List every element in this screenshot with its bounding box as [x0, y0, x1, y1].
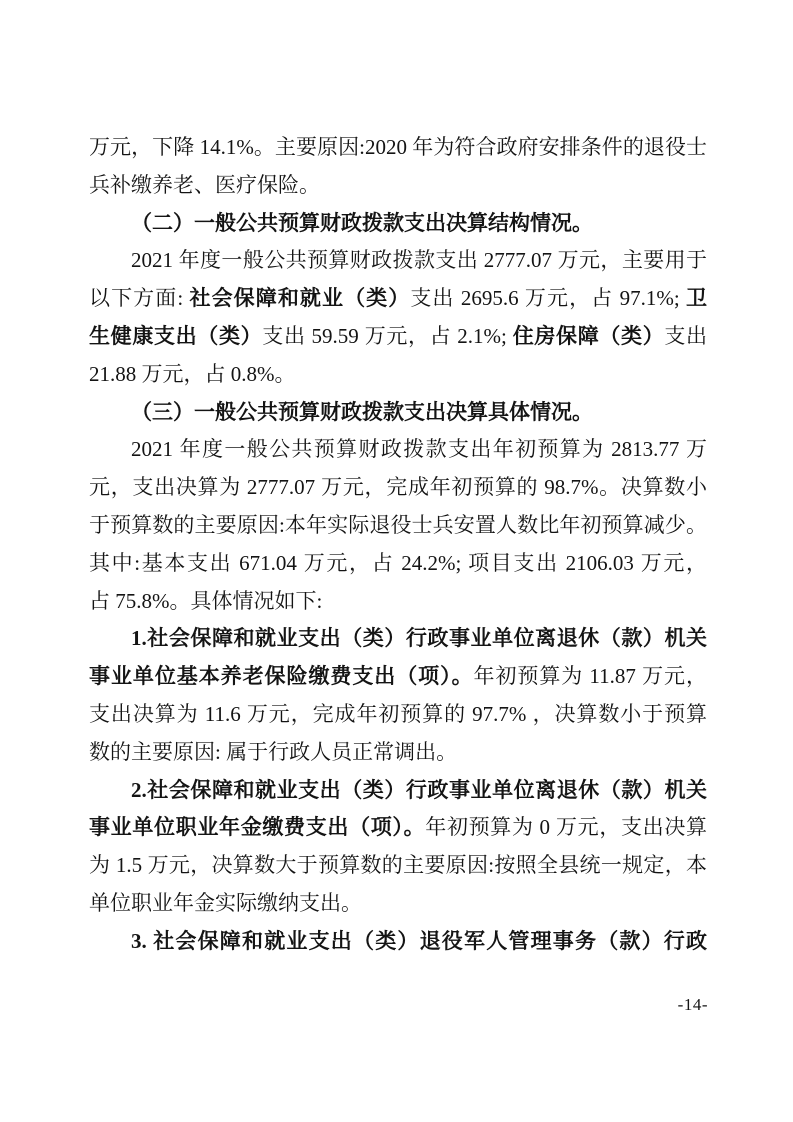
- text-line: 3. 社会保障和就业支出（类）退役军人管理事务（款）行政: [89, 923, 707, 961]
- text-segment: 单位职业年金实际缴纳支出。: [89, 891, 362, 915]
- text-line: 于预算数的主要原因:本年实际退役士兵安置人数比年初预算减少。: [89, 507, 707, 545]
- text-segment: 支出: [664, 324, 707, 348]
- bold-text-segment: 1.社会保障和就业支出（类）行政事业单位离退休（款）机关: [131, 626, 707, 650]
- text-segment: 支出决算为 11.6 万元，完成年初预算的 97.7% ，决算数小于预算: [89, 702, 707, 726]
- text-segment: 兵补缴养老、医疗保险。: [89, 173, 320, 197]
- text-line: 元，支出决算为 2777.07 万元，完成年初预算的 98.7%。决算数小: [89, 469, 707, 507]
- text-line: 支出决算为 11.6 万元，完成年初预算的 97.7% ，决算数小于预算: [89, 696, 707, 734]
- bold-text-segment: 2.社会保障和就业支出（类）行政事业单位离退休（款）机关: [131, 778, 707, 802]
- page-number: -14-: [678, 993, 708, 1017]
- text-line: 2021 年度一般公共预算财政拨款支出 2777.07 万元，主要用于: [89, 242, 707, 280]
- text-segment: 2021 年度一般公共预算财政拨款支出年初预算为 2813.77 万: [131, 437, 707, 461]
- text-line: 生健康支出（类）支出 59.59 万元，占 2.1%; 住房保障（类）支出: [89, 318, 707, 356]
- text-segment: 2021 年度一般公共预算财政拨款支出 2777.07 万元，主要用于: [131, 248, 707, 272]
- text-segment: 支出 59.59 万元，占 2.1%;: [262, 324, 512, 348]
- bold-text-segment: 社会保障和就业（类）: [190, 286, 411, 310]
- text-segment: 其中:基本支出 671.04 万元，占 24.2%; 项目支出 2106.03 …: [89, 551, 707, 575]
- bold-text-segment: （三）一般公共预算财政拨款支出决算具体情况。: [131, 400, 593, 424]
- text-segment: 数的主要原因: 属于行政人员正常调出。: [89, 740, 457, 764]
- bold-text-segment: 3. 社会保障和就业支出（类）退役军人管理事务（款）行政: [131, 929, 707, 953]
- bold-text-segment: 卫: [686, 286, 707, 310]
- text-segment: 占 75.8%。具体情况如下:: [89, 589, 322, 613]
- text-line: 万元，下降 14.1%。主要原因:2020 年为符合政府安排条件的退役士: [89, 129, 707, 167]
- bold-text-segment: 事业单位职业年金缴费支出（项）。: [89, 815, 425, 839]
- text-line: 兵补缴养老、医疗保险。: [89, 167, 707, 205]
- text-line: 占 75.8%。具体情况如下:: [89, 583, 707, 621]
- bold-text-segment: 住房保障（类）: [513, 324, 665, 348]
- text-segment: 元，支出决算为 2777.07 万元，完成年初预算的 98.7%。决算数小: [89, 475, 707, 499]
- text-line: 事业单位基本养老保险缴费支出（项）。年初预算为 11.87 万元，: [89, 658, 707, 696]
- bold-text-segment: 事业单位基本养老保险缴费支出（项）。: [89, 664, 474, 688]
- text-line: 单位职业年金实际缴纳支出。: [89, 885, 707, 923]
- text-line: 其中:基本支出 671.04 万元，占 24.2%; 项目支出 2106.03 …: [89, 545, 707, 583]
- text-segment: 支出 2695.6 万元，占 97.1%;: [410, 286, 686, 310]
- bold-text-segment: 生健康支出（类）: [89, 324, 262, 348]
- text-line: 数的主要原因: 属于行政人员正常调出。: [89, 734, 707, 772]
- text-line: 以下方面: 社会保障和就业（类）支出 2695.6 万元，占 97.1%; 卫: [89, 280, 707, 318]
- text-line: 1.社会保障和就业支出（类）行政事业单位离退休（款）机关: [89, 620, 707, 658]
- text-segment: 为 1.5 万元，决算数大于预算数的主要原因:按照全县统一规定，本: [89, 853, 707, 877]
- text-line: 为 1.5 万元，决算数大于预算数的主要原因:按照全县统一规定，本: [89, 847, 707, 885]
- text-line: 2021 年度一般公共预算财政拨款支出年初预算为 2813.77 万: [89, 431, 707, 469]
- text-segment: 年初预算为 0 万元，支出决算: [425, 815, 707, 839]
- text-segment: 以下方面:: [89, 286, 190, 310]
- text-line: 2.社会保障和就业支出（类）行政事业单位离退休（款）机关: [89, 772, 707, 810]
- document-page: 万元，下降 14.1%。主要原因:2020 年为符合政府安排条件的退役士兵补缴养…: [0, 0, 793, 1122]
- text-line: 21.88 万元，占 0.8%。: [89, 356, 707, 394]
- text-segment: 于预算数的主要原因:本年实际退役士兵安置人数比年初预算减少。: [89, 513, 707, 537]
- text-segment: 年初预算为 11.87 万元，: [474, 664, 707, 688]
- text-line: 事业单位职业年金缴费支出（项）。年初预算为 0 万元，支出决算: [89, 809, 707, 847]
- text-segment: 万元，下降 14.1%。主要原因:2020 年为符合政府安排条件的退役士: [89, 135, 707, 159]
- document-body: 万元，下降 14.1%。主要原因:2020 年为符合政府安排条件的退役士兵补缴养…: [89, 129, 707, 961]
- text-segment: 21.88 万元，占 0.8%。: [89, 362, 296, 386]
- bold-text-segment: （二）一般公共预算财政拨款支出决算结构情况。: [131, 211, 593, 235]
- heading-line: （二）一般公共预算财政拨款支出决算结构情况。: [89, 205, 707, 243]
- heading-line: （三）一般公共预算财政拨款支出决算具体情况。: [89, 394, 707, 432]
